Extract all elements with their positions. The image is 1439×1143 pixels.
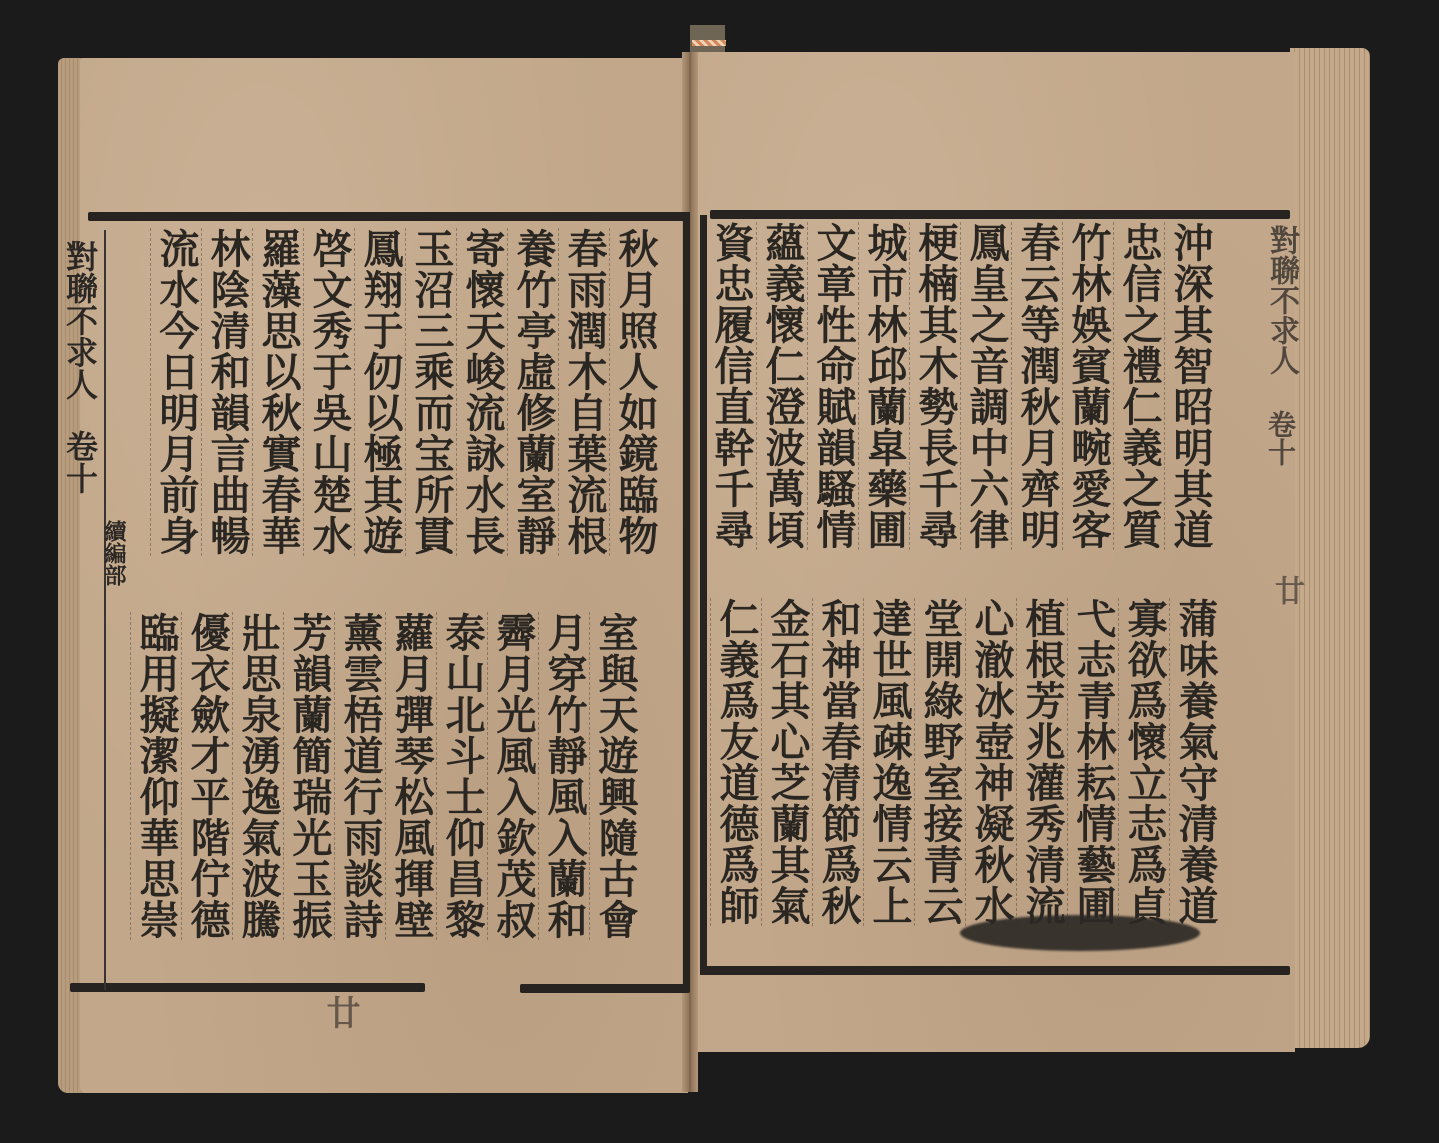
- right-margin-page: 廿: [1268, 575, 1304, 605]
- text-column: 鳳翔于仞以極其遊: [354, 228, 405, 556]
- left-upper-text-block: 秋月照人如鏡臨物 春雨潤木自葉流根 養竹亭虛修蘭室靜 寄懷天峻流詠水長 玉沼三乘…: [150, 228, 660, 556]
- text-column: 優衣歛才平階佇德: [181, 612, 232, 940]
- left-lower-text-block: 室與天遊興隨古會 月穿竹靜風入蘭和 霽月光風入欽茂叔 泰山北斗士仰昌黎 蘿月彈琴…: [130, 612, 640, 940]
- left-margin-title: 對聯不求人: [60, 240, 100, 400]
- text-column: 資忠履信直幹千尋: [705, 222, 756, 550]
- text-column: 蒲味養氣守清養道: [1169, 598, 1220, 926]
- text-column: 弋志青林耘情藝圃: [1067, 598, 1118, 926]
- left-top-border-rule: [88, 212, 686, 221]
- text-column: 文章性命賦韻騷情: [807, 222, 858, 550]
- text-column: 壯思泉湧逸氣波騰: [232, 612, 283, 940]
- right-bottom-border-rule: [705, 966, 1290, 975]
- binding-thread: [692, 40, 726, 46]
- text-column: 仁義爲友道德爲師: [710, 598, 761, 926]
- right-upper-text-block: 沖深其智昭明其道 忠信之禮仁義之質 竹林娛賓蘭畹愛客 春云等潤秋月齊明 鳳皇之音…: [705, 222, 1215, 550]
- text-column: 寄懷天峻流詠水長: [456, 228, 507, 556]
- text-column: 月穿竹靜風入蘭和: [538, 612, 589, 940]
- left-bottom-border-rule-b: [520, 984, 690, 993]
- left-footer-mark: 廿: [320, 995, 360, 1029]
- left-margin-line: [104, 230, 106, 990]
- text-column: 蘊義懷仁澄波萬頃: [756, 222, 807, 550]
- text-column: 忠信之禮仁義之質: [1113, 222, 1164, 550]
- right-lower-text-block: 蒲味養氣守清養道 寡欲爲懷立志爲貞 弋志青林耘情藝圃 植根芳兆灌秀清流 心澈冰壺…: [710, 598, 1220, 926]
- text-column: 芳韻蘭簡瑞光玉振: [283, 612, 334, 940]
- text-column: 林陰清和韻言曲暢: [201, 228, 252, 556]
- text-column: 蘿月彈琴松風揮壁: [385, 612, 436, 940]
- text-column: 植根芳兆灌秀清流: [1016, 598, 1067, 926]
- text-column: 薰雲梧道行雨談詩: [334, 612, 385, 940]
- left-margin-volume: 卷十: [60, 430, 100, 494]
- text-column: 流水今日明月前身: [150, 228, 201, 556]
- text-column: 泰山北斗士仰昌黎: [436, 612, 487, 940]
- text-column: 啓文秀于吳山楚水: [303, 228, 354, 556]
- text-column: 鳳皇之音調中六律: [960, 222, 1011, 550]
- text-column: 竹林娛賓蘭畹愛客: [1062, 222, 1113, 550]
- text-column: 城市林邱蘭皐藥圃: [858, 222, 909, 550]
- text-column: 心澈冰壺神凝秋水: [965, 598, 1016, 926]
- text-column: 寡欲爲懷立志爲貞: [1118, 598, 1169, 926]
- right-margin-title: 對聯不求人: [1262, 225, 1300, 375]
- text-column: 養竹亭虛修蘭室靜: [507, 228, 558, 556]
- right-top-border-rule: [710, 210, 1290, 219]
- open-book-spread: 對聯不求人 卷十 續編部 廿 秋月照人如鏡臨物 春雨潤木自葉流根 養竹亭虛修蘭室…: [0, 0, 1439, 1143]
- text-column: 玉沼三乘而宝所貫: [405, 228, 456, 556]
- ink-smudge: [960, 915, 1200, 951]
- text-column: 金石其心芝蘭其氣: [761, 598, 812, 926]
- text-column: 羅藻思以秋實春華: [252, 228, 303, 556]
- book-spine-binding: [690, 25, 725, 53]
- left-bottom-border-rule-a: [70, 983, 425, 992]
- text-column: 達世風疎逸情云上: [863, 598, 914, 926]
- text-column: 室與天遊興隨古會: [589, 612, 640, 940]
- right-margin-volume: 卷十: [1262, 410, 1298, 466]
- text-column: 臨用擬潔仰華思崇: [130, 612, 181, 940]
- text-column: 春雨潤木自葉流根: [558, 228, 609, 556]
- text-column: 春云等潤秋月齊明: [1011, 222, 1062, 550]
- left-inner-border-rule: [683, 212, 690, 992]
- right-page-stack-edge: [1290, 48, 1370, 1048]
- text-column: 霽月光風入欽茂叔: [487, 612, 538, 940]
- text-column: 梗楠其木勢長千尋: [909, 222, 960, 550]
- text-column: 秋月照人如鏡臨物: [609, 228, 660, 556]
- text-column: 和神當春清節爲秋: [812, 598, 863, 926]
- text-column: 沖深其智昭明其道: [1164, 222, 1215, 550]
- text-column: 堂開綠野室接青云: [914, 598, 965, 926]
- left-margin-section: 續編部: [100, 520, 128, 586]
